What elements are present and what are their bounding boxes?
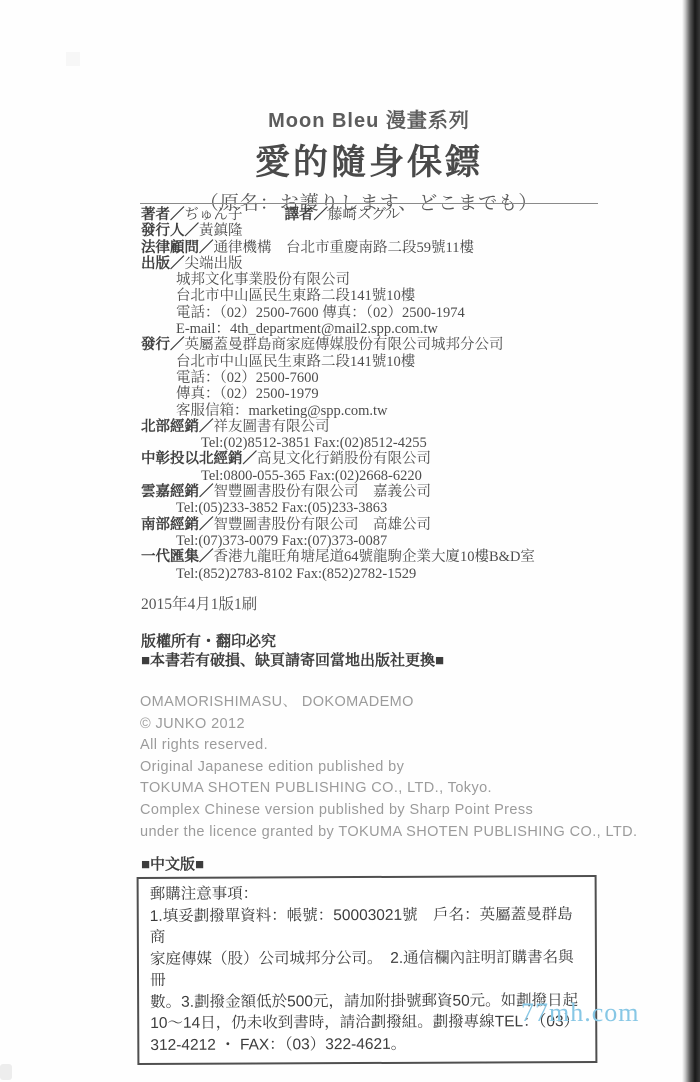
issuer-address: 台北市中山區民生東路二段141號10樓 — [141, 354, 611, 370]
damage-notice: ■本書若有破損、缺頁請寄回當地出版社更換■ — [141, 649, 444, 670]
central-dist-tel: Tel:0800-055-365 Fax:(02)2668-6220 — [141, 468, 611, 484]
south-dist-value: 智豐圖書股份有限公司 高雄公司 — [214, 517, 432, 533]
hk-dist-tel: Tel:(852)2783-8102 Fax:(852)2782-1529 — [141, 566, 611, 582]
legal-label: 法律顧問／ — [141, 240, 214, 256]
yunjia-dist-tel: Tel:(05)233-3852 Fax:(05)233-3863 — [141, 500, 611, 516]
license-line-romaji-title: OMAMORISHIMASU、 DOKOMADEMO — [140, 692, 680, 714]
yunjia-dist-label: 雲嘉經銷／ — [141, 484, 214, 500]
mail-order-notice-box: 郵購注意事項： 1.填妥劃撥單資料：帳號：50003021號 戶名：英屬蓋曼群島… — [137, 875, 598, 1065]
title-block: Moon Bleu 漫畫系列 愛的隨身保鏢 （原名：お護りします、どこまでも） — [140, 104, 598, 215]
license-line-original: Original Japanese edition published by — [140, 757, 680, 779]
author-value: ぢゅん子 — [185, 207, 243, 223]
license-line-copyright: © JUNKO 2012 — [140, 714, 680, 736]
credit-line-legal: 法律顧問／通律機構 台北市重慶南路二段59號11樓 — [141, 240, 611, 256]
series-name: Moon Bleu 漫畫系列 — [140, 104, 598, 133]
south-dist-label: 南部經銷／ — [141, 517, 214, 533]
south-dist-tel: Tel:(07)373-0079 Fax:(07)373-0087 — [141, 533, 611, 549]
scan-smudge-top-left — [66, 52, 80, 66]
colophon-credits: 著者／ぢゅん子譯者／藤崎スグル 發行人／黃鎮隆 法律顧問／通律機構 台北市重慶南… — [141, 207, 611, 582]
publisher-address: 台北市中山區民生東路二段141號10樓 — [141, 288, 611, 304]
scan-smudge-bottom-left — [0, 1064, 12, 1080]
chinese-edition-label: ■中文版■ — [141, 853, 204, 874]
publisher-person-label: 發行人／ — [141, 223, 199, 239]
mail-order-line-4: 10～14日，仍未收到書時，請洽劃撥組。劃撥專線TEL：（03） — [150, 1011, 584, 1034]
yunjia-dist-value: 智豐圖書股份有限公司 嘉義公司 — [214, 484, 432, 500]
credit-line-issuer: 發行／英屬蓋曼群島商家庭傳媒股份有限公司城邦分公司 — [141, 337, 611, 353]
publisher-person-value: 黃鎮隆 — [199, 223, 243, 239]
publish-value: 尖端出版 — [185, 256, 243, 272]
publisher-company: 城邦文化事業股份有限公司 — [141, 272, 611, 288]
divider-rule — [140, 203, 598, 204]
publish-label: 出版／ — [141, 256, 185, 272]
hk-dist-label: 一代匯集／ — [141, 549, 214, 565]
central-dist-value: 高見文化行銷股份有限公司 — [257, 451, 431, 467]
credit-line-publisher: 出版／尖端出版 — [141, 256, 611, 272]
mail-order-title: 郵購注意事項： — [150, 882, 584, 905]
rights-notice: 版權所有・翻印必究 — [141, 630, 276, 651]
issuer-value: 英屬蓋曼群島商家庭傳媒股份有限公司城邦分公司 — [185, 337, 504, 353]
license-line-tokuma: TOKUMA SHOTEN PUBLISHING CO., LTD., Toky… — [140, 778, 680, 800]
credit-line-author: 著者／ぢゅん子譯者／藤崎スグル — [141, 207, 611, 223]
north-dist-tel: Tel:(02)8512-3851 Fax:(02)8512-4255 — [141, 435, 611, 451]
credit-line-publisher-person: 發行人／黃鎮隆 — [141, 223, 611, 239]
legal-value: 通律機構 台北市重慶南路二段59號11樓 — [214, 240, 474, 256]
credit-line-north-dist: 北部經銷／祥友圖書有限公司 — [141, 419, 611, 435]
mail-order-line-3: 數。3.劃撥金額低於500元，請加附掛號郵資50元。如劃撥日起 — [150, 990, 584, 1013]
license-line-licence: under the licence granted by TOKUMA SHOT… — [140, 822, 680, 844]
issuer-phone: 電話：（02）2500-7600 — [141, 370, 611, 386]
license-line-chinese-version: Complex Chinese version published by Sha… — [140, 800, 680, 822]
credit-line-central-dist: 中彰投以北經銷／高見文化行銷股份有限公司 — [141, 451, 611, 467]
issuer-service-email: 客服信箱：marketing@spp.com.tw — [141, 403, 611, 419]
mail-order-line-1: 1.填妥劃撥單資料：帳號：50003021號 戶名：英屬蓋曼群島商 — [150, 904, 584, 949]
credit-line-south-dist: 南部經銷／智豐圖書股份有限公司 高雄公司 — [141, 517, 611, 533]
book-title: 愛的隨身保鏢 — [140, 135, 598, 185]
english-license-block: OMAMORISHIMASU、 DOKOMADEMO © JUNKO 2012 … — [140, 692, 680, 843]
north-dist-value: 祥友圖書有限公司 — [214, 419, 330, 435]
mail-order-line-5: 312-4212 ・ FAX：（03）322-4621。 — [150, 1033, 584, 1056]
mail-order-line-2: 家庭傳媒（股）公司城邦分公司。 2.通信欄內註明訂購書名與冊 — [150, 947, 584, 992]
publisher-email: E-mail：4th_department@mail2.spp.com.tw — [141, 321, 611, 337]
scan-page-edge — [682, 0, 700, 1082]
colophon-page: Moon Bleu 漫畫系列 愛的隨身保鏢 （原名：お護りします、どこまでも） … — [0, 0, 700, 1082]
issuer-fax: 傳真：（02）2500-1979 — [141, 386, 611, 402]
site-watermark: 77mh.com — [521, 998, 640, 1028]
issuer-label: 發行／ — [141, 337, 185, 353]
translator-value: 藤崎スグル — [328, 207, 400, 223]
printing-info: 2015年4月1版1刷 — [141, 592, 257, 614]
translator-label: 譯者／ — [285, 207, 329, 223]
hk-dist-value: 香港九龍旺角塘尾道64號龍駒企業大廈10樓B&D室 — [214, 549, 535, 565]
author-label: 著者／ — [141, 207, 185, 223]
credit-line-hk-dist: 一代匯集／香港九龍旺角塘尾道64號龍駒企業大廈10樓B&D室 — [141, 549, 611, 565]
central-dist-label: 中彰投以北經銷／ — [141, 451, 257, 467]
license-line-rights: All rights reserved. — [140, 735, 680, 757]
north-dist-label: 北部經銷／ — [141, 419, 214, 435]
publisher-phone-fax: 電話：（02）2500-7600 傳真：（02）2500-1974 — [141, 305, 611, 321]
credit-line-yunjia-dist: 雲嘉經銷／智豐圖書股份有限公司 嘉義公司 — [141, 484, 611, 500]
